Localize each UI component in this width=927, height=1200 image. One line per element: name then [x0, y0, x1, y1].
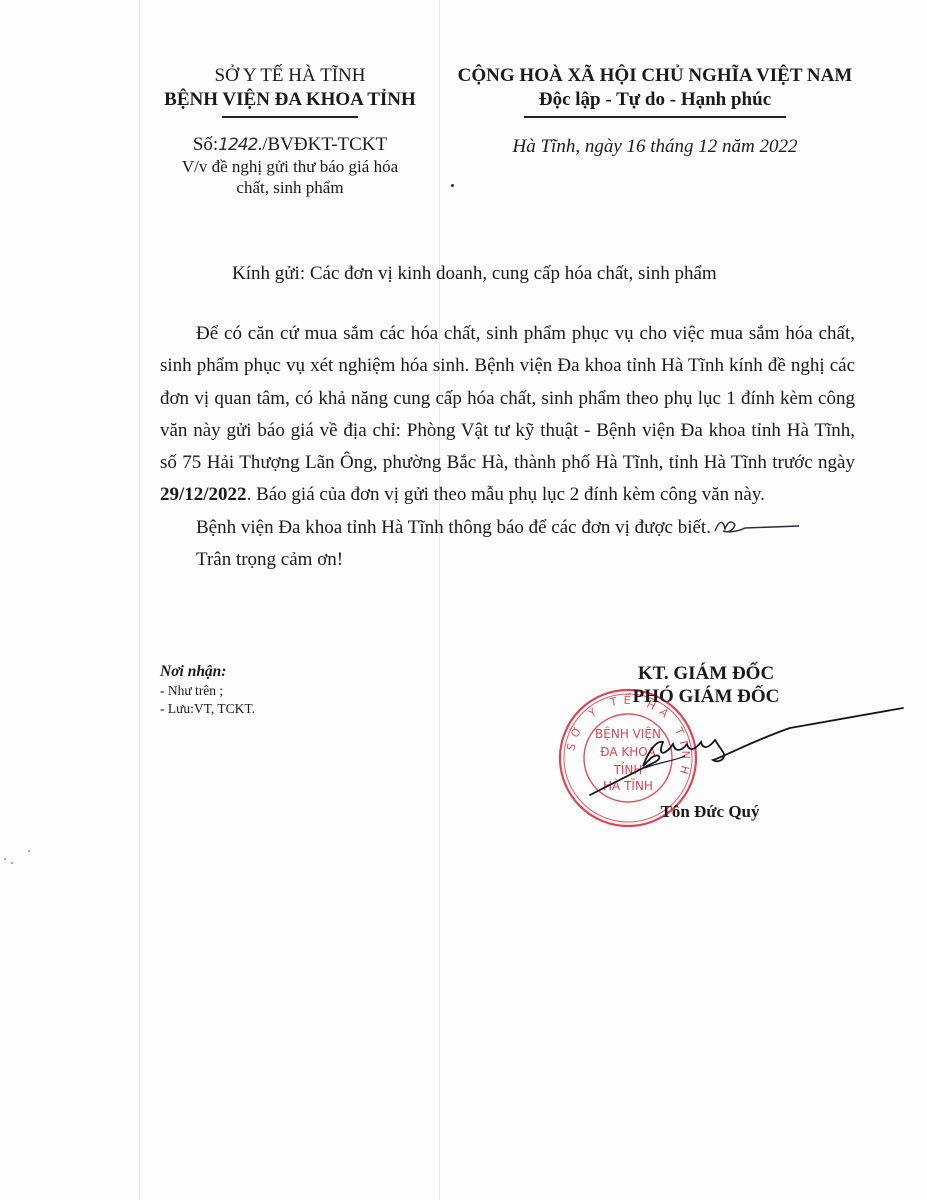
recipients-title: Nơi nhận: [160, 662, 255, 682]
issuing-organization: BỆNH VIỆN ĐA KHOA TỈNH [130, 88, 450, 112]
signer-role: KT. GIÁM ĐỐC [592, 662, 820, 685]
seal-inner-line: ĐA KHOA [600, 745, 656, 759]
parent-agency: SỞ Y TẾ HÀ TĨNH [130, 64, 450, 88]
header-underline [222, 116, 358, 118]
scan-speck [11, 862, 13, 864]
subject-line: V/v đề nghị gửi thư báo giá hóa [170, 156, 410, 177]
body-paragraph: Để có căn cứ mua sắm các hóa chất, sinh … [160, 318, 855, 512]
doc-number-prefix: Số: [193, 134, 218, 155]
document-subject: V/v đề nghị gửi thư báo giá hóa chất, si… [170, 156, 410, 198]
ink-dot [451, 184, 454, 187]
doc-number-handwritten: 1242 [218, 135, 257, 155]
body-paragraph: Bệnh viện Đa khoa tỉnh Hà Tĩnh thông báo… [160, 512, 855, 544]
addressee-line: Kính gửi: Các đơn vị kinh doanh, cung cấ… [232, 262, 717, 286]
place-and-date: Hà Tĩnh, ngày 16 tháng 12 năm 2022 [425, 136, 885, 158]
seal-inner-line: HÀ TĨNH [603, 778, 653, 793]
body-text: Bệnh viện Đa khoa tỉnh Hà Tĩnh thông báo… [196, 517, 711, 538]
seal-inner-line: TỈNH [613, 761, 643, 777]
scan-speck [28, 850, 30, 852]
closing-line: Trân trọng cảm ơn! [160, 544, 855, 576]
signer-title: PHÓ GIÁM ĐỐC [592, 685, 820, 708]
scan-speck [4, 858, 6, 860]
signature-block: KT. GIÁM ĐỐC PHÓ GIÁM ĐỐC Tôn Đức Quý [570, 662, 820, 708]
recipient-item: - Như trên ; [160, 682, 255, 700]
letter-body: Để có căn cứ mua sắm các hóa chất, sinh … [160, 318, 855, 576]
national-title: CỘNG HOÀ XÃ HỘI CHỦ NGHĨA VIỆT NAM [425, 64, 885, 88]
deadline-date: 29/12/2022 [160, 484, 247, 505]
seal-inner-line: BỆNH VIỆN [595, 726, 661, 741]
recipient-item: - Lưu:VT, TCKT. [160, 700, 255, 718]
closing-text: Trân trọng cảm ơn! [196, 549, 343, 570]
subject-line: chất, sinh phẩm [170, 177, 410, 198]
body-text: Để có căn cứ mua sắm các hóa chất, sinh … [160, 323, 855, 473]
doc-number-suffix: ./BVĐKT-TCKT [257, 134, 387, 155]
handwritten-initials [711, 521, 791, 535]
recipients-block: Nơi nhận: - Như trên ; - Lưu:VT, TCKT. [160, 662, 255, 718]
national-title-block: CỘNG HOÀ XÃ HỘI CHỦ NGHĨA VIỆT NAM Độc l… [425, 64, 885, 158]
motto-underline [524, 116, 786, 118]
handwritten-signature [585, 700, 905, 810]
body-text: . Báo giá của đơn vị gửi theo mẫu phụ lụ… [247, 484, 765, 505]
national-motto: Độc lập - Tự do - Hạnh phúc [425, 88, 885, 112]
document-number: Số:1242./BVĐKT-TCKT [130, 134, 450, 156]
signer-name: Tôn Đức Quý [610, 802, 810, 822]
issuing-authority-block: SỞ Y TẾ HÀ TĨNH BỆNH VIỆN ĐA KHOA TỈNH S… [130, 64, 450, 198]
